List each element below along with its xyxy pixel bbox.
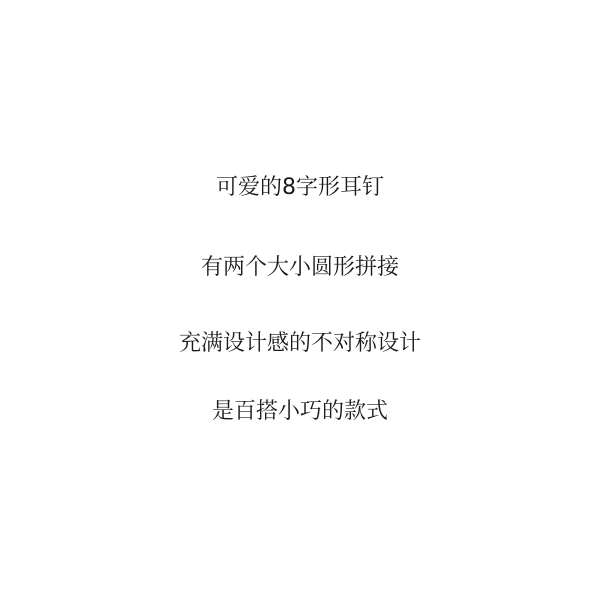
text-card: 可爱的8字形耳钉 有两个大小圆形拼接 充满设计感的不对称设计 是百搭小巧的款式 <box>0 0 600 600</box>
text-line-3: 充满设计感的不对称设计 <box>0 330 600 358</box>
text-line-4: 是百搭小巧的款式 <box>0 398 600 426</box>
text-line-1: 可爱的8字形耳钉 <box>0 174 600 202</box>
text-line-2: 有两个大小圆形拼接 <box>0 254 600 282</box>
